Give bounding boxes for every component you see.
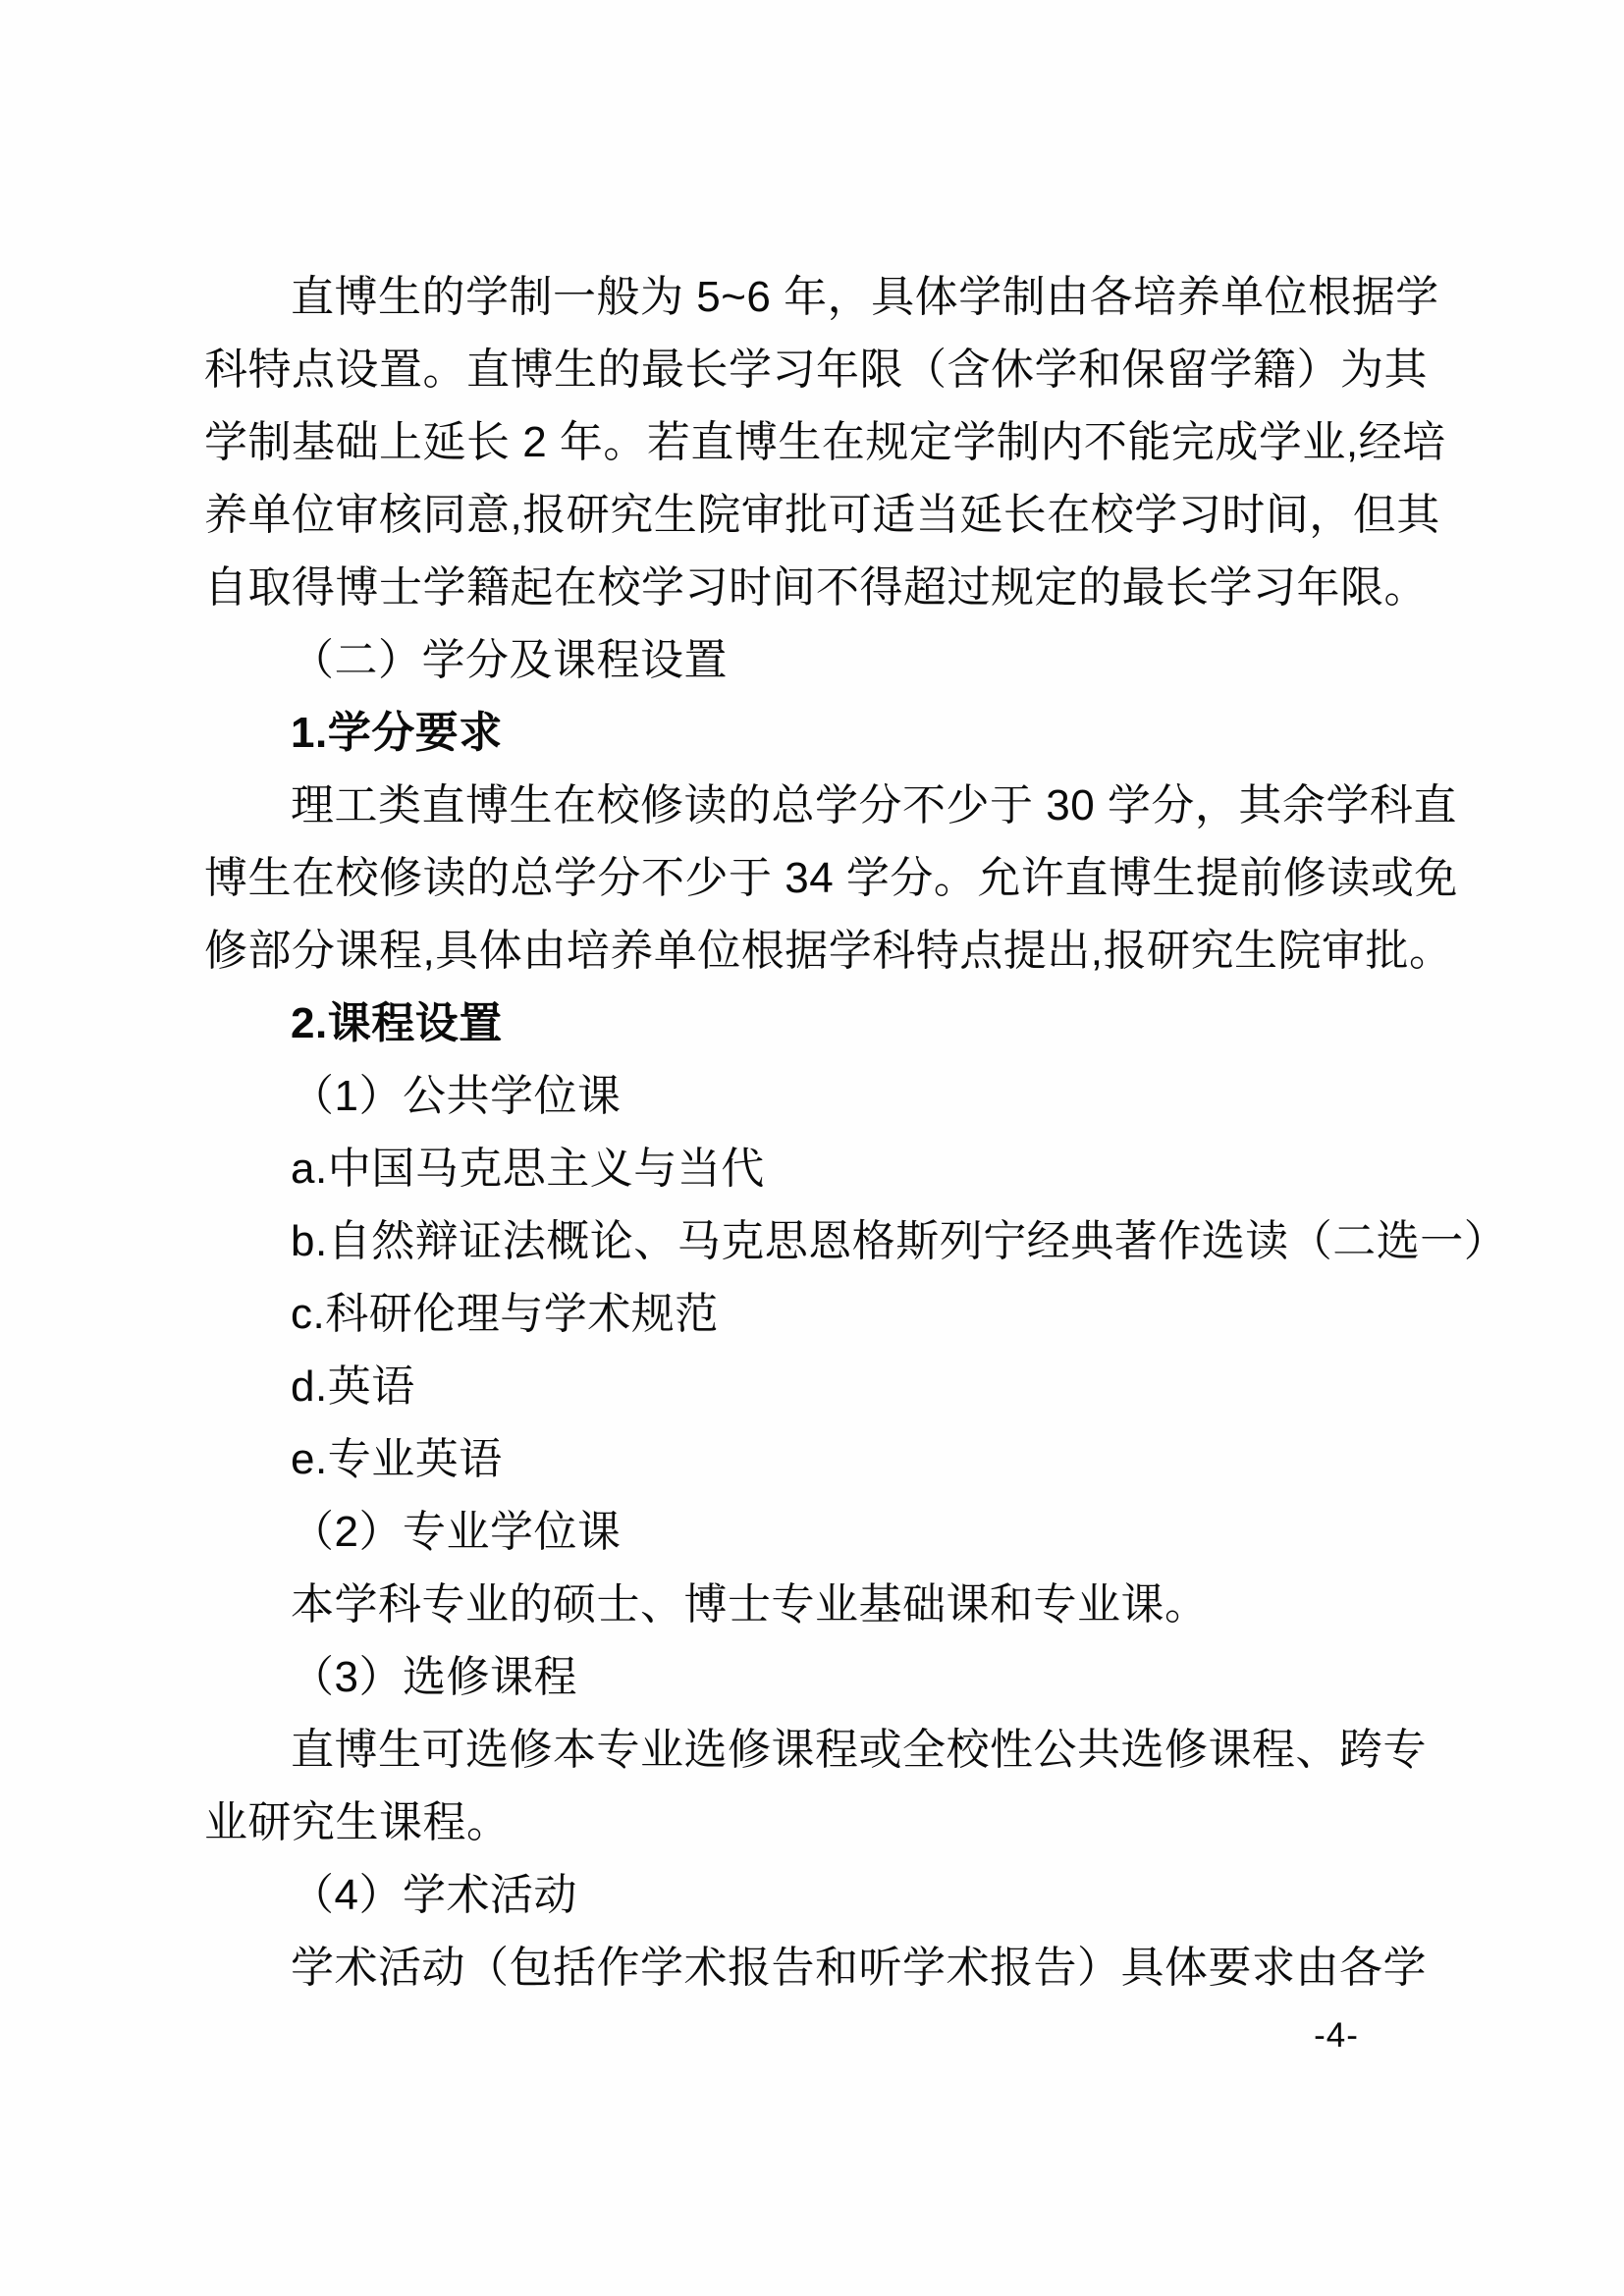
text-line: 修部分课程,具体由培养单位根据学科特点提出,报研究生院审批。 xyxy=(204,915,1422,988)
text-line: e.专业英语 xyxy=(204,1423,1422,1496)
text-line: c.科研伦理与学术规范 xyxy=(204,1278,1422,1351)
text-line: a.中国马克思主义与当代 xyxy=(204,1133,1422,1205)
page-number: -4- xyxy=(1292,2014,1380,2057)
text-line: （4）学术活动 xyxy=(204,1859,1422,1932)
text-line: （2）专业学位课 xyxy=(204,1496,1422,1569)
text-block: 直博生的学制一般为 5~6 年，具体学制由各培养单位根据学科特点设置。直博生的最… xyxy=(204,261,1422,2004)
text-line: 本学科专业的硕士、博士专业基础课和专业课。 xyxy=(204,1569,1422,1641)
text-line: 1.学分要求 xyxy=(204,697,1422,770)
text-line: 2.课程设置 xyxy=(204,988,1422,1060)
text-line: （3）选修课程 xyxy=(204,1641,1422,1714)
text-line: 业研究生课程。 xyxy=(204,1787,1422,1859)
text-line: 理工类直博生在校修读的总学分不少于 30 学分，其余学科直 xyxy=(204,770,1422,842)
text-line: 直博生的学制一般为 5~6 年，具体学制由各培养单位根据学 xyxy=(204,261,1422,334)
text-line: 养单位审核同意,报研究生院审批可适当延长在校学习时间，但其 xyxy=(204,479,1422,552)
text-line: 学术活动（包括作学术报告和听学术报告）具体要求由各学 xyxy=(204,1932,1422,2004)
text-line: （二）学分及课程设置 xyxy=(204,624,1422,697)
document-page: 直博生的学制一般为 5~6 年，具体学制由各培养单位根据学科特点设置。直博生的最… xyxy=(0,0,1624,2296)
text-line: 直博生可选修本专业选修课程或全校性公共选修课程、跨专 xyxy=(204,1714,1422,1787)
text-line: 学制基础上延长 2 年。若直博生在规定学制内不能完成学业,经培 xyxy=(204,406,1422,479)
text-line: （1）公共学位课 xyxy=(204,1060,1422,1133)
text-line: 博生在校修读的总学分不少于 34 学分。允许直博生提前修读或免 xyxy=(204,842,1422,915)
text-line: b.自然辩证法概论、马克思恩格斯列宁经典著作选读（二选一） xyxy=(204,1205,1422,1278)
text-line: 自取得博士学籍起在校学习时间不得超过规定的最长学习年限。 xyxy=(204,552,1422,624)
text-line: d.英语 xyxy=(204,1351,1422,1423)
text-line: 科特点设置。直博生的最长学习年限（含休学和保留学籍）为其 xyxy=(204,334,1422,406)
